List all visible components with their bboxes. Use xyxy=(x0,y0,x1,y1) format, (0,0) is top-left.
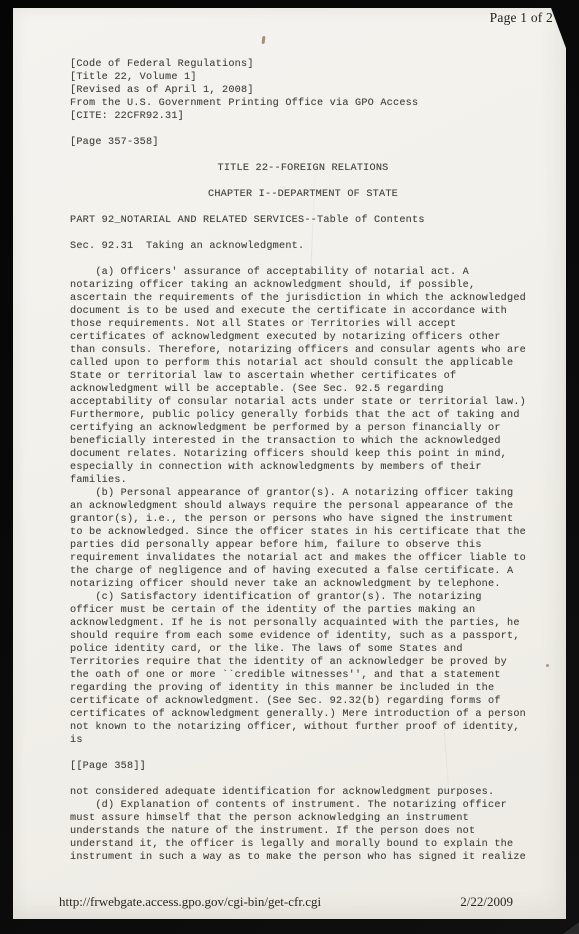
scanner-corner-glint xyxy=(563,922,579,934)
doc-paragraphs-a-b-c: (a) Officers' assurance of acceptability… xyxy=(70,266,536,747)
document-body: [Code of Federal Regulations] [Title 22,… xyxy=(70,58,536,864)
doc-section-heading: Sec. 92.31 Taking an acknowledgment. xyxy=(70,240,536,253)
doc-paragraph-d: not considered adequate identification f… xyxy=(70,786,536,864)
scan-artifact-dot xyxy=(546,664,549,667)
footer-url: http://frwebgate.access.gpo.gov/cgi-bin/… xyxy=(59,894,321,910)
scanner-background: Page 1 of 2 [Code of Federal Regulations… xyxy=(0,0,579,934)
scanned-page: Page 1 of 2 [Code of Federal Regulations… xyxy=(13,8,566,919)
doc-part-heading: PART 92_NOTARIAL AND RELATED SERVICES--T… xyxy=(70,214,536,227)
scan-artifact-speck xyxy=(262,36,266,44)
footer-date: 2/22/2009 xyxy=(460,894,513,910)
doc-meta-lines: [Code of Federal Regulations] [Title 22,… xyxy=(70,58,536,123)
doc-title: TITLE 22--FOREIGN RELATIONS xyxy=(70,162,536,175)
doc-page-range: [Page 357-358] xyxy=(70,136,536,149)
page-footer: http://frwebgate.access.gpo.gov/cgi-bin/… xyxy=(59,894,526,910)
page-indicator: Page 1 of 2 xyxy=(490,10,553,26)
doc-chapter: CHAPTER I--DEPARTMENT OF STATE xyxy=(70,188,536,201)
doc-page-break-marker: [[Page 358]] xyxy=(70,760,536,773)
